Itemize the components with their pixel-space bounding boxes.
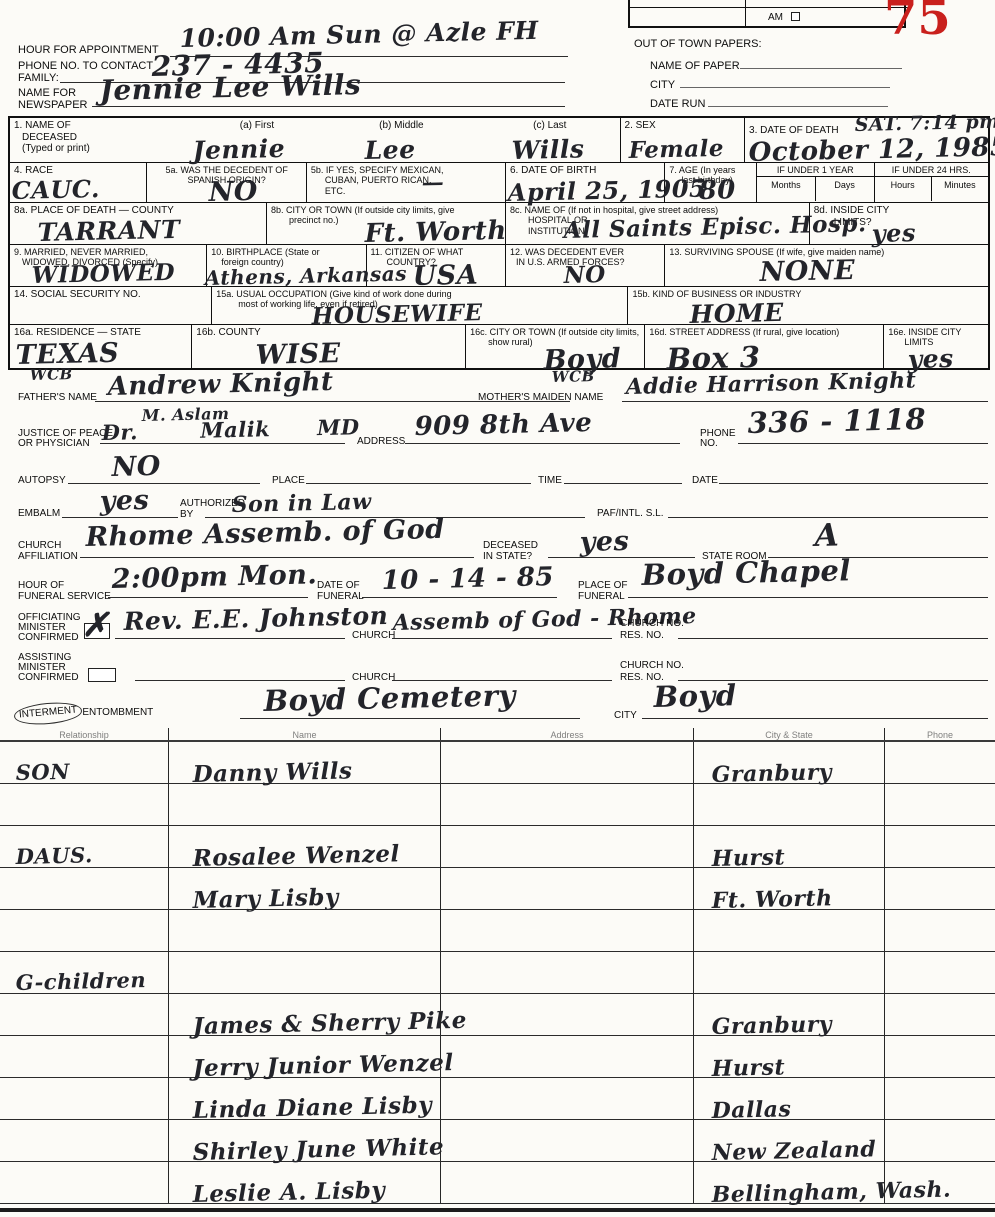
underline — [678, 638, 988, 639]
underline — [564, 483, 682, 484]
city-state-header: City & State — [694, 728, 884, 740]
underline — [622, 401, 988, 402]
relationship-header: Relationship — [0, 728, 168, 740]
autopsy-place-label: PLACE — [272, 475, 305, 487]
funeral-hour-label2: FUNERAL SERVICE — [18, 591, 111, 603]
minutes-label: Minutes — [931, 177, 988, 200]
field-if-under-24-hrs: IF UNDER 24 HRS. Hours Minutes — [874, 163, 989, 202]
officiating-confirmed-mark: ✗ — [81, 605, 109, 644]
embalm-value: yes — [99, 485, 149, 517]
sex-value: Female — [628, 135, 724, 164]
relative-name-value: Leslie A. Lisby — [192, 1177, 385, 1208]
underline — [628, 597, 988, 598]
field-hospital: 8c. NAME OF (If not in hospital, give st… — [505, 203, 809, 244]
relatives-table-row: DAUS. Rosalee Wenzel Hurst — [0, 826, 995, 868]
state-room-value: A — [814, 517, 839, 554]
autopsy-time-label: TIME — [538, 475, 562, 487]
underline — [642, 718, 988, 719]
mothers-maiden-name-label: MOTHER'S MAIDEN NAME — [478, 392, 603, 404]
newspaper-value: Jennie Lee Wills — [99, 68, 361, 107]
funeral-place-label: PLACE OF — [578, 580, 627, 592]
relatives-table-row: G-children — [0, 952, 995, 994]
days-label: Days — [815, 177, 874, 200]
field-name-of-deceased: 1. NAME OF DECEASED (Typed or print) — [10, 118, 191, 162]
autopsy-date-label: DATE — [692, 475, 718, 487]
field-street-address: 16d. STREET ADDRESS (If rural, give loca… — [644, 325, 883, 368]
am-checkbox-row: AM — [768, 12, 800, 24]
marital-status-value: WIDOWED — [31, 259, 175, 289]
fathers-name-value: Andrew Knight — [107, 367, 334, 402]
funeral-place-label2: FUNERAL — [578, 591, 625, 603]
officiating-church-label: CHURCH — [352, 630, 395, 642]
underline — [392, 638, 612, 639]
middle-name-value: Lee — [364, 135, 416, 165]
relationship-value: DAUS. — [15, 842, 93, 869]
church-affiliation-label: CHURCH — [18, 540, 61, 552]
funeral-date-value: 10 - 14 - 85 — [381, 562, 554, 596]
officiating-res-no-label: RES. NO. — [620, 630, 664, 642]
divider — [745, 0, 746, 28]
field-specify-origin: 5b. IF YES, SPECIFY MEXICAN, CUBAN, PUER… — [306, 163, 505, 202]
underline — [405, 443, 680, 444]
citizen-value: USA — [412, 260, 478, 292]
relatives-table-row: Leslie A. Lisby Bellingham, Wash. — [0, 1162, 995, 1204]
relatives-table-row — [0, 784, 995, 826]
residence-county-value: WISE — [256, 338, 342, 371]
field-spanish-origin: 5a. WAS THE DECEDENT OF SPANISH ORIGIN? … — [146, 163, 305, 202]
funeral-date-label: DATE OF — [317, 580, 360, 592]
underline — [708, 106, 888, 107]
underline — [719, 483, 988, 484]
underline — [68, 483, 260, 484]
interment-city-value: Boyd — [653, 678, 737, 714]
field-city-of-death: 8b. CITY OR TOWN (If outside city limits… — [266, 203, 505, 244]
field-inside-city-limits-16e: 16e. INSIDE CITY LIMITS yes — [883, 325, 988, 368]
relatives-table-row: Linda Diane Lisby Dallas — [0, 1078, 995, 1120]
time-checkbox-table: AM — [628, 0, 906, 28]
physician-address-value: 909 8th Ave — [414, 408, 592, 442]
divider — [630, 7, 908, 8]
field-birthplace: 10. BIRTHPLACE (State or foreign country… — [206, 245, 365, 286]
hours-label: Hours — [875, 177, 931, 200]
relationship-value: G-children — [15, 967, 146, 995]
street-address-value: Box 3 — [667, 340, 762, 376]
inside-city-limits-16e-value: yes — [908, 344, 955, 374]
relationship-value: SON — [15, 759, 70, 785]
physician-value: Dr. Malik MD — [101, 414, 359, 445]
residence-state-value: TEXAS — [15, 338, 119, 371]
church-affiliation-value: Rhome Assemb. of God — [85, 514, 445, 553]
field-date-of-birth: 6. DATE OF BIRTH April 25, 1905 — [505, 163, 664, 202]
funeral-place-value: Boyd Chapel — [641, 553, 851, 592]
entombment-word: ENTOMBMENT — [82, 707, 153, 718]
surviving-spouse-value: NONE — [760, 255, 856, 288]
date-of-birth-value: April 25, 1905 — [507, 174, 706, 207]
assisting-confirmed-checkbox — [88, 668, 116, 682]
phone-header: Phone — [885, 728, 995, 740]
relatives-table-row: Mary Lisby Ft. Worth — [0, 868, 995, 910]
relatives-table-row: James & Sherry Pike Granbury — [0, 994, 995, 1036]
field-surviving-spouse: 13. SURVIVING SPOUSE (If wife, give maid… — [664, 245, 988, 286]
field-middle-name: (b) Middle Lee — [323, 118, 480, 162]
relatives-table-header: Relationship Name Address City & State P… — [0, 728, 995, 742]
interment-label: INTERMENTENTOMBMENT — [14, 703, 153, 724]
officiating-label3: CONFIRMED — [18, 632, 79, 644]
deceased-in-state-label2: IN STATE? — [483, 551, 532, 563]
name-of-paper-label: NAME OF PAPER — [650, 60, 740, 73]
underline — [80, 557, 474, 558]
assisting-church-no-label: CHURCH NO. — [620, 660, 684, 672]
relatives-table-body: SON Danny Wills Granbury DAUS. Rosalee W… — [0, 742, 995, 1204]
underline — [92, 106, 565, 107]
relatives-table: Relationship Name Address City & State P… — [0, 728, 995, 1212]
field-industry: 15b. KIND OF BUSINESS OR INDUSTRY HOME — [627, 287, 988, 324]
assisting-label3: CONFIRMED — [18, 672, 79, 684]
address-header: Address — [441, 728, 693, 740]
county-of-death-value: TARRANT — [37, 215, 180, 247]
field-armed-forces: 12. WAS DECEDENT EVER IN U.S. ARMED FORC… — [505, 245, 664, 286]
phone-contact-label2: FAMILY: — [18, 72, 59, 85]
date-run-label: DATE RUN — [650, 98, 705, 111]
underline — [62, 517, 178, 518]
authorized-by-value: Son in Law — [231, 489, 371, 518]
name-header: Name — [169, 728, 440, 740]
underline — [306, 483, 531, 484]
justice-label2: OR PHYSICIAN — [18, 438, 90, 450]
interment-place-value: Boyd Cemetery — [263, 678, 516, 718]
interment-circled-word: INTERMENT — [13, 700, 83, 726]
appointment-label: HOUR FOR APPOINTMENT — [18, 44, 159, 57]
field-race: 4. RACE CAUC. — [10, 163, 146, 202]
first-name-value: Jennie — [193, 134, 286, 165]
age-value: 80 — [699, 175, 737, 206]
newspaper-label: NAME FOR — [18, 87, 76, 100]
relatives-table-row — [0, 910, 995, 952]
officiating-minister-value: Rev. E.E. Johnston — [123, 601, 388, 636]
out-of-town-heading: OUT OF TOWN PAPERS: — [634, 38, 762, 51]
autopsy-value: NO — [111, 451, 161, 483]
field-first-name: (a) First Jennie — [191, 118, 322, 162]
funeral-record-form: HOUR FOR APPOINTMENT 10:00 Am Sun @ Azle… — [0, 0, 995, 1217]
vital-statistics-grid: 1. NAME OF DECEASED (Typed or print) (a)… — [8, 116, 990, 370]
relatives-table-row: Jerry Junior Wenzel Hurst — [0, 1036, 995, 1078]
underline — [738, 443, 988, 444]
physician-phone-label2: NO. — [700, 438, 718, 450]
months-label: Months — [757, 177, 815, 200]
deceased-in-state-value: yes — [579, 526, 629, 558]
field-date-of-death: 3. DATE OF DEATH SAT. 7:14 pm October 12… — [744, 118, 988, 162]
field-sex: 2. SEX Female — [620, 118, 745, 162]
specify-origin-value: — — [421, 169, 444, 196]
am-checkbox — [791, 12, 800, 21]
underline — [108, 597, 308, 598]
paf-label: PAF/INTL. S.L. — [597, 508, 664, 520]
underline — [115, 638, 345, 639]
physician-phone-value: 336 - 1118 — [747, 402, 926, 440]
field-residence-state: 16a. RESIDENCE — STATE TEXAS — [10, 325, 191, 368]
field-occupation: 15a. USUAL OCCUPATION (Give kind of work… — [211, 287, 627, 324]
field-if-under-1-year: IF UNDER 1 YEAR Months Days — [756, 163, 874, 202]
church-affiliation-label2: AFFILIATION — [18, 551, 78, 563]
underline — [680, 87, 890, 88]
birthplace-value: Athens, Arkansas — [205, 261, 408, 290]
fathers-name-label: FATHER'S NAME — [18, 392, 97, 404]
armed-forces-value: NO — [563, 261, 606, 289]
residence-city-value: Boyd — [543, 343, 621, 376]
phone-contact-label: PHONE NO. TO CONTACT — [18, 60, 153, 73]
relatives-table-row: SON Danny Wills Granbury — [0, 742, 995, 784]
paper-city-label: CITY — [650, 79, 675, 92]
field-marital-status: 9. MARRIED, NEVER MARRIED, WIDOWED, DIVO… — [10, 245, 206, 286]
race-value: CAUC. — [11, 174, 100, 205]
funeral-hour-label: HOUR OF — [18, 580, 64, 592]
embalm-label: EMBALM — [18, 508, 60, 520]
am-label: AM — [768, 12, 783, 23]
field-place-of-death-county: 8a. PLACE OF DEATH — COUNTY TARRANT — [10, 203, 266, 244]
inside-city-limits-8d-value: yes — [871, 218, 916, 248]
newspaper-label2: NEWSPAPER — [18, 99, 87, 112]
spanish-origin-value: NO — [209, 176, 259, 208]
industry-value: HOME — [690, 298, 785, 329]
underline — [135, 680, 345, 681]
city-of-death-value: Ft. Worth — [364, 216, 507, 249]
relatives-table-row: Shirley June White New Zealand — [0, 1120, 995, 1162]
officiating-church-no-label: CHURCH NO. — [620, 618, 684, 630]
deceased-in-state-label: DECEASED — [483, 540, 538, 552]
occupation-value: HOUSEWIFE — [312, 299, 483, 330]
field-last-name: (c) Last Wills — [480, 118, 619, 162]
underline — [362, 597, 557, 598]
interment-city-label: CITY — [614, 710, 637, 722]
field-residence-city: 16c. CITY OR TOWN (If outside city limit… — [465, 325, 644, 368]
field-ssn: 14. SOCIAL SECURITY NO. — [10, 287, 211, 324]
underline — [740, 68, 902, 69]
funeral-hour-value: 2:00pm Mon. — [111, 559, 317, 595]
autopsy-label: AUTOPSY — [18, 475, 66, 487]
last-name-value: Wills — [511, 134, 584, 165]
physician-address-label: ADDRESS — [357, 436, 405, 448]
field-residence-county: 16b. COUNTY WISE — [191, 325, 465, 368]
underline — [240, 718, 580, 719]
date-of-death-value: October 12, 1985 — [748, 132, 995, 168]
page-number-stamp: 75 — [884, 0, 951, 42]
